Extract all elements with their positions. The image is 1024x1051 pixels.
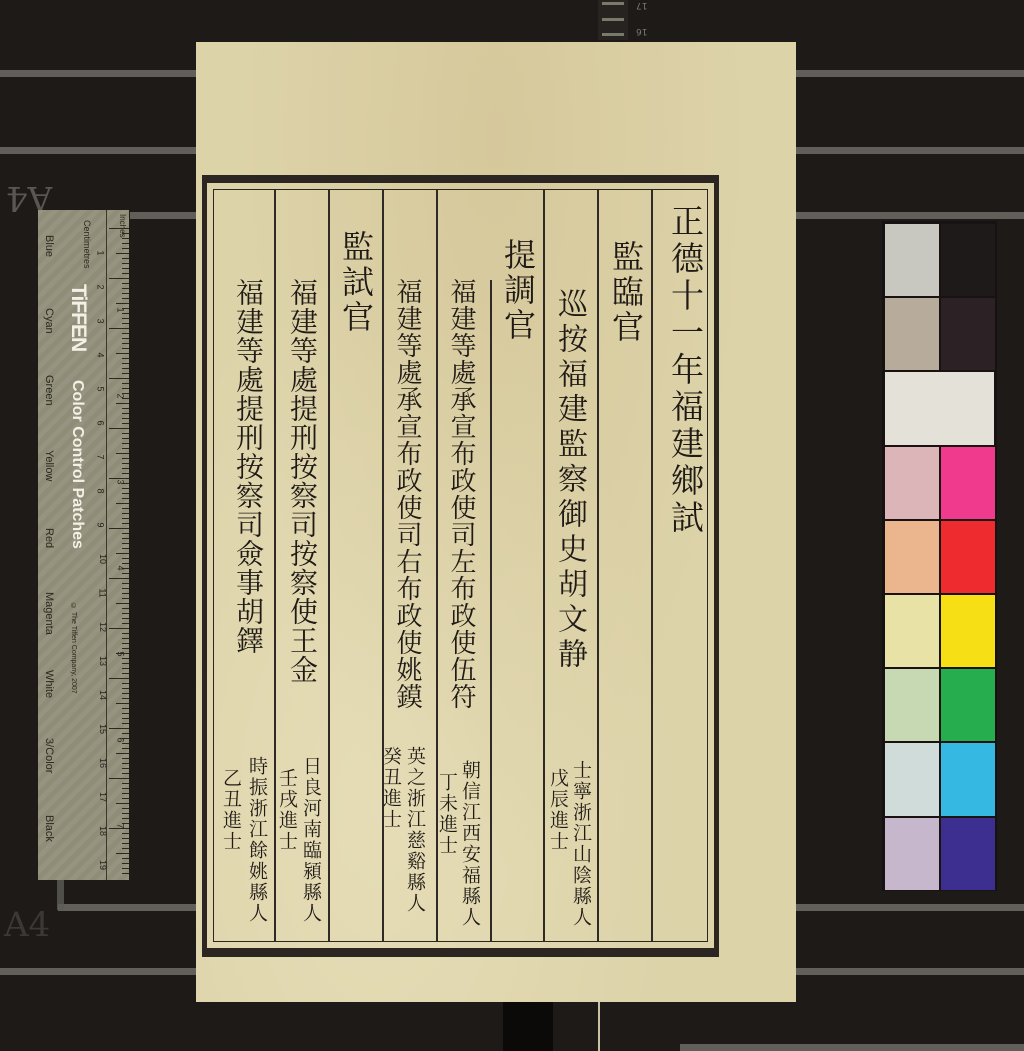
ruler-tick <box>116 703 129 704</box>
ruler-tick <box>122 613 129 614</box>
bottom-strip <box>503 1000 553 1051</box>
ruler-tick <box>122 658 129 659</box>
official-note: 英之浙江慈谿縣人 <box>404 746 426 914</box>
ruler-cm-number: 5 <box>96 386 106 391</box>
ruler-tick <box>122 323 129 324</box>
ruler-tick <box>122 783 129 784</box>
ruler-tick <box>116 803 129 804</box>
ruler-tick <box>122 318 129 319</box>
ruler-tick <box>122 418 129 419</box>
top-ruler-number: 17 <box>636 0 647 10</box>
ruler-tick <box>122 273 129 274</box>
ruler-tick <box>109 778 129 779</box>
ruler-tick <box>122 858 129 859</box>
official-name: 福建等處承宣布政使司左布政使伍符 <box>444 278 478 710</box>
ruler-cm-number: 6 <box>96 420 106 425</box>
ruler-color-label-black: Black <box>43 815 55 842</box>
ruler-unit-centimetres: Centimetres <box>82 220 92 269</box>
ruler-tick <box>122 788 129 789</box>
ruler-tick <box>122 363 129 364</box>
ruler-tick <box>109 628 129 629</box>
ruler-tick <box>122 688 129 689</box>
ruler-tick <box>122 623 129 624</box>
format-mark-bottom: A4 <box>4 905 50 945</box>
ruler-tick <box>116 503 129 504</box>
ruler-tick <box>122 548 129 549</box>
ruler-tick <box>122 413 129 414</box>
ruler-color-label-yellow: Yellow <box>43 450 55 481</box>
ruler-tick <box>122 733 129 734</box>
ruler-tick <box>122 608 129 609</box>
official-name: 福建等處承宣布政使司右布政使姚鏌 <box>390 278 424 710</box>
ruler-tick <box>122 748 129 749</box>
official-note: 戊辰進士 <box>547 768 569 852</box>
ruler-tick <box>122 433 129 434</box>
ruler-cm-number: 13 <box>98 656 108 666</box>
ruler-tick <box>122 288 129 289</box>
color-patch <box>884 520 940 594</box>
ruler-tick <box>122 833 129 834</box>
ruler-tick <box>122 423 129 424</box>
ruler-tick <box>122 583 129 584</box>
color-patch <box>940 594 996 668</box>
ruler-tick <box>122 863 129 864</box>
ruler-tick <box>122 593 129 594</box>
ruler-tick <box>122 538 129 539</box>
ruler-unit-inches: Inches <box>118 214 127 238</box>
ruler-tick <box>122 588 129 589</box>
ruler-color-label-white: White <box>43 670 55 698</box>
ruler-tick <box>122 463 129 464</box>
ruler-tick <box>122 513 129 514</box>
ruler-tick <box>122 388 129 389</box>
ruler-product-name: Color Control Patches <box>68 380 86 549</box>
color-patch <box>884 594 940 668</box>
ruler-tick <box>116 853 129 854</box>
role-heading-proctor: 監試官 <box>336 230 376 335</box>
ruler-tick <box>122 488 129 489</box>
ruler-inch-number: 5 <box>116 651 126 656</box>
ruler-tick <box>122 338 129 339</box>
ruler-tick <box>122 373 129 374</box>
color-reference-card <box>882 221 997 891</box>
ruler-cm-number: 3 <box>96 318 106 323</box>
ruler-tick <box>122 518 129 519</box>
column-rule <box>597 190 599 941</box>
ruler-cm-number: 2 <box>96 284 106 289</box>
ruler-tick <box>122 313 129 314</box>
ruler-cm-number: 1 <box>96 250 106 255</box>
color-patch <box>884 223 940 297</box>
backdrop-stripe-vertical <box>57 878 64 910</box>
top-ruler-strip <box>598 0 628 40</box>
ruler-tick <box>122 673 129 674</box>
ruler-color-label-cyan: Cyan <box>43 308 55 334</box>
ruler-tick <box>122 408 129 409</box>
ruler-tick <box>122 648 129 649</box>
tiffen-color-control-ruler: Inches Centimetres TiFFEN Color Control … <box>38 210 129 880</box>
ruler-tick <box>122 343 129 344</box>
ruler-cm-number: 14 <box>98 690 108 700</box>
ruler-tick <box>122 743 129 744</box>
ruler-tick <box>122 248 129 249</box>
color-patch <box>884 668 940 742</box>
ruler-tick <box>116 403 129 404</box>
printed-frame: 正德十一年福建鄉試 監臨官 巡按福建監察御史胡文静 士寧浙江山陰縣人 戊辰進士 … <box>202 175 719 957</box>
ruler-tick <box>122 563 129 564</box>
ruler-tick <box>122 243 129 244</box>
ruler-tick <box>122 663 129 664</box>
ruler-color-label-3color: 3/Color <box>43 738 55 773</box>
official-note: 士寧浙江山陰縣人 <box>570 760 592 928</box>
ruler-inch-number: 4 <box>116 565 126 570</box>
ruler-tick <box>122 868 129 869</box>
ruler-tick <box>122 458 129 459</box>
backdrop-stripe <box>680 1044 1024 1051</box>
ruler-tick <box>122 873 129 874</box>
ruler-tick <box>122 643 129 644</box>
document-page: 正德十一年福建鄉試 監臨官 巡按福建監察御史胡文静 士寧浙江山陰縣人 戊辰進士 … <box>196 42 796 1002</box>
ruler-tick <box>122 533 129 534</box>
ruler-tick <box>122 283 129 284</box>
role-heading-supervisor: 監臨官 <box>606 240 646 345</box>
color-patch <box>884 742 940 816</box>
ruler-tick <box>122 723 129 724</box>
ruler-tick <box>109 428 129 429</box>
ruler-tick <box>109 228 129 229</box>
column-rule <box>651 190 653 941</box>
ruler-color-label-blue: Blue <box>43 235 55 257</box>
ruler-cm-number: 9 <box>96 522 106 527</box>
official-name: 巡按福建監察御史胡文静 <box>550 288 588 673</box>
ruler-tick <box>122 543 129 544</box>
color-patch <box>940 520 996 594</box>
ruler-cm-number: 19 <box>98 860 108 870</box>
ruler-tick <box>122 838 129 839</box>
ruler-tick <box>116 603 129 604</box>
ruler-inch-number: 3 <box>116 479 126 484</box>
ruler-tick <box>122 818 129 819</box>
color-patch <box>940 668 996 742</box>
ruler-tick <box>116 353 129 354</box>
ruler-tick <box>122 558 129 559</box>
ruler-tick <box>109 728 129 729</box>
ruler-tick <box>122 718 129 719</box>
color-patch <box>940 223 996 297</box>
bottom-thread <box>598 1000 600 1051</box>
official-name: 福建等處提刑按察司僉事胡鐸 <box>230 278 266 655</box>
role-heading-administrator: 提調官 <box>498 238 538 343</box>
ruler-cm-number: 4 <box>96 352 106 357</box>
ruler-brand: TiFFEN <box>66 284 90 351</box>
ruler-tick <box>122 468 129 469</box>
ruler-color-label-green: Green <box>43 375 55 406</box>
ruler-cm-number: 17 <box>98 792 108 802</box>
ruler-inch-number: 6 <box>116 737 126 742</box>
ruler-tick <box>122 638 129 639</box>
ruler-tick <box>122 523 129 524</box>
ruler-tick <box>122 348 129 349</box>
ruler-tick <box>122 843 129 844</box>
ruler-tick <box>122 573 129 574</box>
official-note: 乙丑進士 <box>220 768 242 852</box>
ruler-copyright: © The Tiffen Company, 2007 <box>70 603 77 694</box>
column-rule <box>490 280 492 941</box>
ruler-tick <box>122 798 129 799</box>
ruler-tick <box>122 438 129 439</box>
ruler-tick <box>122 258 129 259</box>
ruler-color-label-magenta: Magenta <box>43 592 55 635</box>
ruler-tick <box>109 578 129 579</box>
exam-title: 正德十一年福建鄉試 <box>662 204 709 537</box>
ruler-tick <box>122 233 129 234</box>
ruler-tick <box>122 698 129 699</box>
ruler-cm-number: 12 <box>98 622 108 632</box>
official-note: 壬戌進士 <box>276 768 298 852</box>
ruler-tick <box>116 253 129 254</box>
ruler-tick <box>109 678 129 679</box>
ruler-cm-number: 16 <box>98 758 108 768</box>
ruler-cm-number: 8 <box>96 488 106 493</box>
ruler-tick <box>116 303 129 304</box>
top-ruler-number: 16 <box>636 26 647 36</box>
column-rule <box>543 190 545 941</box>
ruler-tick <box>122 713 129 714</box>
ruler-tick <box>122 368 129 369</box>
ruler-tick <box>122 763 129 764</box>
color-patch <box>940 446 996 520</box>
ruler-tick <box>122 848 129 849</box>
ruler-color-label-red: Red <box>43 528 55 548</box>
official-note: 時振浙江餘姚縣人 <box>246 756 268 924</box>
ruler-tick <box>122 813 129 814</box>
ruler-tick <box>122 793 129 794</box>
ruler-tick <box>122 263 129 264</box>
ruler-tick <box>122 773 129 774</box>
ruler-tick <box>122 358 129 359</box>
ruler-tick <box>122 708 129 709</box>
ruler-tick <box>122 758 129 759</box>
ruler-tick <box>122 448 129 449</box>
official-note: 日良河南臨潁縣人 <box>300 756 322 924</box>
official-note: 癸丑進士 <box>380 746 402 830</box>
ruler-cm-number: 18 <box>98 826 108 836</box>
ruler-tick <box>122 383 129 384</box>
ruler-tick <box>122 298 129 299</box>
ruler-tick <box>122 293 129 294</box>
ruler-cm-number: 11 <box>98 588 108 597</box>
color-patch <box>884 297 940 371</box>
ruler-inch-number: 1 <box>116 307 126 312</box>
ruler-tick <box>122 473 129 474</box>
ruler-tick <box>122 498 129 499</box>
printed-frame-inner: 正德十一年福建鄉試 監臨官 巡按福建監察御史胡文静 士寧浙江山陰縣人 戊辰進士 … <box>213 189 708 942</box>
ruler-tick <box>122 268 129 269</box>
ruler-tick <box>122 598 129 599</box>
ruler-tick <box>122 768 129 769</box>
ruler-tick <box>122 693 129 694</box>
ruler-cm-number: 7 <box>96 454 106 459</box>
color-patch <box>884 817 940 891</box>
ruler-tick <box>109 278 129 279</box>
ruler-tick <box>122 668 129 669</box>
ruler-tick <box>122 633 129 634</box>
ruler-tick <box>122 333 129 334</box>
color-patch <box>884 371 995 445</box>
ruler-tick <box>109 378 129 379</box>
color-patch <box>940 742 996 816</box>
color-patch <box>940 817 996 891</box>
ruler-cm-number: 10 <box>98 554 108 564</box>
ruler-inch-number: 7 <box>116 823 126 828</box>
ruler-tick <box>116 553 129 554</box>
color-patch <box>940 297 996 371</box>
ruler-tick <box>122 238 129 239</box>
official-note: 朝信江西安福縣人 <box>459 760 481 928</box>
ruler-tick <box>122 493 129 494</box>
ruler-tick <box>109 328 129 329</box>
ruler-tick <box>122 683 129 684</box>
ruler-tick <box>122 508 129 509</box>
ruler-tick <box>109 528 129 529</box>
ruler-tick <box>122 808 129 809</box>
column-rule <box>328 190 330 941</box>
ruler-tick <box>122 618 129 619</box>
official-name: 福建等處提刑按察司按察使王金 <box>284 278 320 684</box>
ruler-tick <box>122 443 129 444</box>
ruler-inch-number: 2 <box>116 393 126 398</box>
ruler-cm-number: 15 <box>98 724 108 734</box>
ruler-tick <box>116 753 129 754</box>
ruler-tick <box>116 453 129 454</box>
color-patch <box>884 446 940 520</box>
official-note: 丁未進士 <box>436 772 458 856</box>
